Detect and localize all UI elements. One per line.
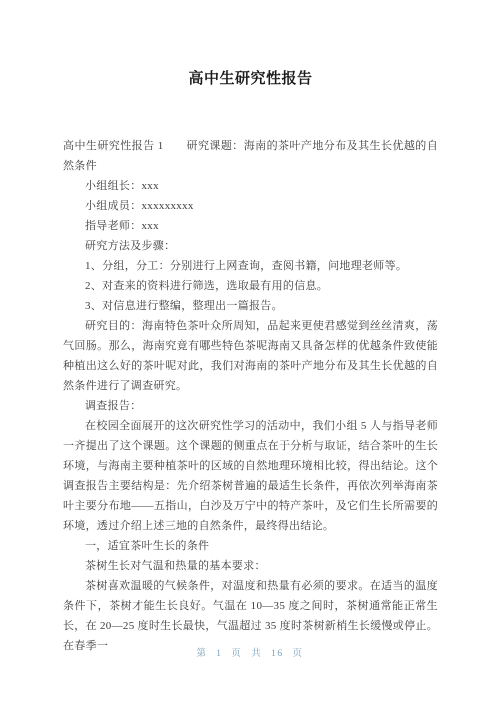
paragraph: 3、对信息进行整编，整理出一篇报告。 bbox=[63, 296, 438, 316]
paragraph: 高中生研究性报告 1 研究课题：海南的茶叶产地分布及其生长优越的自然条件 bbox=[63, 136, 438, 176]
page-footer: 第 1 页 共 16 页 bbox=[0, 643, 500, 661]
document-body: 高中生研究性报告 1 研究课题：海南的茶叶产地分布及其生长优越的自然条件小组组长… bbox=[63, 136, 438, 656]
paragraph: 研究目的：海南特色茶叶众所周知，品起来更使君感觉到丝丝清爽，荡气回肠。那么，海南… bbox=[63, 316, 438, 396]
paragraph: 小组组长：xxx bbox=[63, 176, 438, 196]
paragraph: 一，适宜茶叶生长的条件 bbox=[63, 536, 438, 556]
paragraph: 小组成员：xxxxxxxxx bbox=[63, 196, 438, 216]
paragraph: 研究方法及步骤： bbox=[63, 236, 438, 256]
document-title: 高中生研究性报告 bbox=[63, 68, 438, 90]
document-page: 高中生研究性报告 高中生研究性报告 1 研究课题：海南的茶叶产地分布及其生长优越… bbox=[0, 0, 500, 707]
paragraph: 2、对查来的资料进行筛选，选取最有用的信息。 bbox=[63, 276, 438, 296]
paragraph: 调查报告： bbox=[63, 396, 438, 416]
paragraph: 在校园全面展开的这次研究性学习的活动中，我们小组 5 人与指导老师一齐提出了这个… bbox=[63, 416, 438, 536]
paragraph: 茶树生长对气温和热量的基本要求： bbox=[63, 556, 438, 576]
page-number-indicator: 第 1 页 共 16 页 bbox=[196, 649, 303, 659]
paragraph: 1、分组，分工：分别进行上网查询，查阅书籍，问地理老师等。 bbox=[63, 256, 438, 276]
paragraph: 指导老师：xxx bbox=[63, 216, 438, 236]
